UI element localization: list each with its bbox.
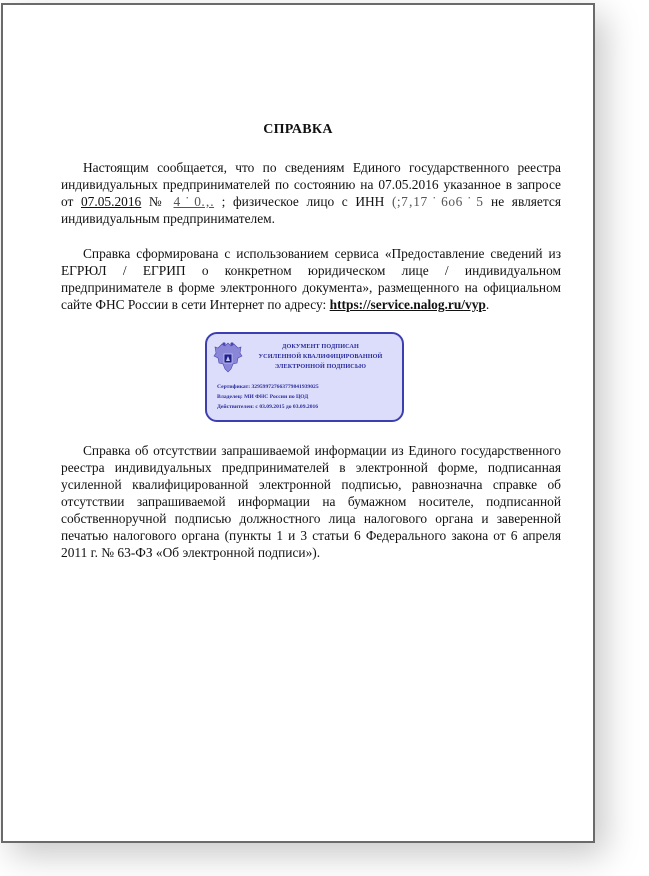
stamp-heading-line-1: ДОКУМЕНТ ПОДПИСАН (243, 342, 398, 352)
stamp-owner: Владелец: МИ ФНС России по ЦОД (217, 392, 398, 402)
document-page: СПРАВКА Настоящим сообщается, что по све… (1, 3, 595, 843)
inn-value: (;7‚17˙6о6˙5 (392, 194, 483, 209)
legal-note-text: Справка об отсутствии запрашиваемой инфо… (61, 443, 561, 560)
stamp-certificate: Сертификат: 329599727663779841939025 (217, 382, 398, 392)
document-viewer: СПРАВКА Настоящим сообщается, что по све… (0, 0, 649, 876)
electronic-signature-stamp: ДОКУМЕНТ ПОДПИСАН УСИЛЕННОЙ КВАЛИФИЦИРОВ… (205, 332, 404, 422)
stamp-heading: ДОКУМЕНТ ПОДПИСАН УСИЛЕННОЙ КВАЛИФИЦИРОВ… (243, 342, 398, 372)
request-date: 07.05.2016 (81, 194, 141, 209)
coat-of-arms-icon (213, 339, 243, 375)
request-number: 4˙0.‚. (174, 194, 215, 209)
document-title: СПРАВКА (3, 122, 593, 138)
number-sign: № (141, 194, 173, 209)
stamp-validity: Действителен: с 03.09.2015 до 03.09.2016 (217, 402, 398, 412)
paragraph-status: Настоящим сообщается, что по сведениям Е… (61, 159, 561, 227)
service-link[interactable]: https://service.nalog.ru/vyp (330, 297, 486, 312)
stamp-heading-line-2: УСИЛЕННОЙ КВАЛИФИЦИРОВАННОЙ (243, 352, 398, 362)
person-text: ; физическое лицо с ИНН (214, 194, 392, 209)
paragraph-service: Справка сформирована с использованием се… (61, 245, 561, 313)
stamp-details: Сертификат: 329599727663779841939025 Вла… (217, 382, 398, 412)
service-period: . (486, 297, 489, 312)
stamp-heading-line-3: ЭЛЕКТРОННОЙ ПОДПИСЬЮ (243, 362, 398, 372)
paragraph-legal-note: Справка об отсутствии запрашиваемой инфо… (61, 442, 561, 561)
